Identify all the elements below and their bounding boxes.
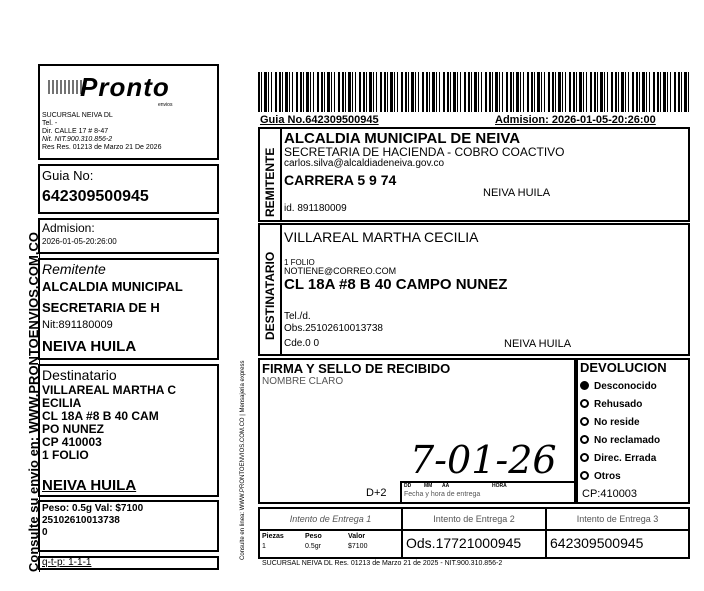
radio-icon[interactable] [580, 471, 589, 480]
destinatario-side: DESTINATARIO [260, 225, 282, 354]
radio-icon[interactable] [580, 453, 589, 462]
destinatario-address: CL 18A #8 B 40 CAMPO NUNEZ [284, 276, 507, 293]
firma-title: FIRMA Y SELLO DE RECIBIDO [262, 361, 450, 376]
ods-number: Ods.17721000945 [403, 531, 547, 557]
destinatario-city: NEIVA HUILA [504, 338, 571, 350]
devolucion-option-no-reclamado[interactable]: No reclamado [580, 432, 660, 450]
logo-subtitle: envios [158, 102, 172, 108]
remitente-line: Nit:891180009 [42, 319, 113, 331]
intentos-table: Intento de Entrega 1 Intento de Entrega … [258, 507, 690, 559]
remitente-label: Remitente [42, 261, 106, 277]
stub-header: Pronto envios SUCURSAL NEIVA DL Tel. - D… [38, 64, 219, 160]
devolucion-option-desconocido[interactable]: Desconocido [580, 378, 660, 396]
date-header: DD [404, 483, 411, 489]
handwritten-date: 7-01-26 [410, 438, 557, 482]
stub-guia: Guia No: 642309500945 [38, 164, 219, 214]
nombre-claro-label: NOMBRE CLARO [262, 376, 343, 387]
destinatario-tel: Tel./d. [284, 311, 311, 322]
radio-checked-icon[interactable] [580, 381, 589, 390]
barcode [258, 72, 690, 112]
stub-company-info: SUCURSAL NEIVA DL Tel. - Dir. CALLE 17 #… [42, 112, 161, 152]
tel: Tel. - [42, 120, 161, 128]
devolucion-cp: CP:410003 [582, 488, 637, 500]
fecha-hora-box: DD MM AA HORA Fecha y hora de entrega [400, 481, 576, 504]
destinatario-name: VILLAREAL MARTHA CECILIA [284, 229, 479, 245]
peso-value: 0.5gr [305, 543, 321, 550]
option-label: Direc. Errada [594, 453, 656, 464]
remitente-section: REMITENTE ALCALDIA MUNICIPAL DE NEIVA SE… [258, 127, 690, 222]
stub-destinatario: Destinatario VILLAREAL MARTHA C ECILIA C… [38, 364, 219, 497]
firma-section: FIRMA Y SELLO DE RECIBIDO NOMBRE CLARO 7… [258, 358, 576, 504]
stub-remitente: Remitente ALCALDIA MUNICIPAL SECRETARIA … [38, 258, 219, 360]
valor-value: $7100 [348, 543, 367, 550]
destinatario-cde: Cde.0 0 [284, 338, 319, 349]
devolucion-option-rehusado[interactable]: Rehusado [580, 396, 660, 414]
option-label: No reside [594, 417, 640, 428]
devolucion-option-direc-errada[interactable]: Direc. Errada [580, 450, 660, 468]
qtp: q-t-p: 1-1-1 [42, 557, 91, 568]
devolucion-option-otros[interactable]: Otros [580, 468, 660, 486]
footer-text: SUCURSAL NEIVA DL Res. 01213 de Marzo 21… [262, 560, 502, 567]
guia-label: Guia No: [42, 168, 93, 183]
obs-number: 25102610013738 [42, 515, 143, 527]
piezas-label: Piezas [262, 533, 284, 540]
date-header: MM [424, 483, 432, 489]
resolucion: Res Res. 01213 de Marzo 21 De 2026 [42, 144, 161, 152]
remitente-line: SECRETARIA DE H [42, 300, 160, 315]
admision-value: 2026-01-05-20:26:00 [42, 237, 117, 246]
destinatario-email: NOTIENE@CORREO.COM [284, 266, 396, 276]
date-header: AA [442, 483, 449, 489]
intento-header: Intento de Entrega 1 [260, 509, 403, 531]
radio-icon[interactable] [580, 399, 589, 408]
destinatario-obs: Obs.25102610013738 [284, 323, 383, 334]
main-guia-header: Guia No.642309500945 [260, 114, 379, 126]
logo: Pronto [80, 72, 170, 103]
peso-label: Peso [305, 533, 322, 540]
devolucion-title: DEVOLUCION [580, 360, 667, 375]
logo-speed-lines-icon [48, 80, 84, 94]
devolucion-section: DEVOLUCION Desconocido Rehusado No resid… [576, 358, 690, 504]
main-side-url: Consulte en linea: WWW.PRONTOENVIOS.COM.… [240, 360, 246, 560]
stub-peso: Peso: 0.5g Val: $7100 25102610013738 0 [38, 500, 219, 552]
zero: 0 [42, 527, 143, 539]
main-admision-header: Admision: 2026-01-05-20:26:00 [495, 114, 656, 126]
remitente-address: CARRERA 5 9 74 [284, 172, 396, 188]
radio-icon[interactable] [580, 417, 589, 426]
admision-label: Admision: [42, 221, 95, 235]
stub-qtp: q-t-p: 1-1-1 [38, 556, 219, 570]
remitente-email: carlos.silva@alcaldiadeneiva.gov.co [284, 158, 444, 169]
destinatario-line: 1 FOLIO [42, 449, 176, 462]
stub-admision: Admision: 2026-01-05-20:26:00 [38, 218, 219, 254]
valor-label: Valor [348, 533, 365, 540]
destinatario-section: DESTINATARIO VILLAREAL MARTHA CECILIA 1 … [258, 223, 690, 356]
date-header: HORA [492, 483, 507, 489]
sucursal: SUCURSAL NEIVA DL [42, 112, 161, 120]
remitente-side-label: REMITENTE [263, 148, 277, 217]
piezas-value: 1 [262, 543, 266, 550]
destinatario-lines: VILLAREAL MARTHA C ECILIA CL 18A #8 B 40… [42, 384, 176, 462]
peso-valor: Peso: 0.5g Val: $7100 [42, 503, 143, 515]
intento-header: Intento de Entrega 2 [403, 509, 547, 531]
option-label: Otros [594, 471, 621, 482]
d2-label: D+2 [366, 487, 387, 499]
destinatario-city: NEIVA HUILA [42, 477, 136, 494]
radio-icon[interactable] [580, 435, 589, 444]
direccion: Dir. CALLE 17 # 8-47 [42, 128, 161, 136]
guia-number: 642309500945 [42, 188, 149, 206]
option-label: Rehusado [594, 399, 642, 410]
remitente-dept: SECRETARIA DE HACIENDA - COBRO COACTIVO [284, 145, 565, 159]
nit: Nit. NIT.900.310.856-2 [42, 136, 161, 144]
intento-header: Intento de Entrega 3 [547, 509, 688, 531]
destinatario-label: Destinatario [42, 367, 117, 383]
devolucion-options: Desconocido Rehusado No reside No reclam… [580, 378, 660, 486]
option-label: Desconocido [594, 381, 657, 392]
remitente-city: NEIVA HUILA [483, 187, 550, 199]
remitente-line: NEIVA HUILA [42, 338, 136, 355]
option-label: No reclamado [594, 435, 660, 446]
devolucion-option-no-reside[interactable]: No reside [580, 414, 660, 432]
remitente-id: id. 891180009 [284, 203, 347, 214]
bottom-guia-number: 642309500945 [547, 531, 688, 557]
piezas-peso-valor: Piezas 1 Peso 0.5gr Valor $7100 [260, 531, 403, 557]
remitente-line: ALCALDIA MUNICIPAL [42, 279, 183, 294]
destinatario-side-label: DESTINATARIO [263, 252, 277, 340]
remitente-side: REMITENTE [260, 129, 282, 220]
date-note: Fecha y hora de entrega [404, 491, 480, 498]
